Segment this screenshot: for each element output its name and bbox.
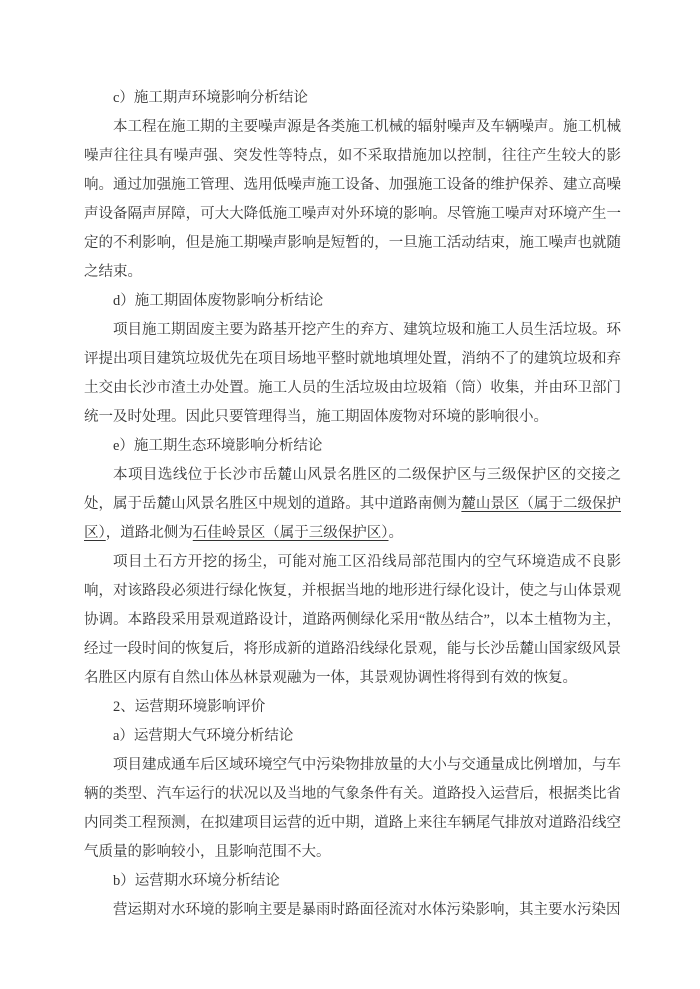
heading-construction-noise: c）施工期声环境影响分析结论 [84,84,621,113]
ecology-text-2: ，道路北侧为 [106,525,193,541]
paragraph-dust-landscape: 项目土石方开挖的扬尘，可能对施工区沿线局部范围内的空气环境造成不良影响，对该路段… [84,548,621,693]
paragraph-construction-noise: 本工程在施工期的主要噪声源是各类施工机械的辐射噪声及车辆噪声。施工机械噪声往往具… [84,113,621,287]
paragraph-ecology-location: 本项目选线位于长沙市岳麓山风景名胜区的二级保护区与三级保护区的交接之处，属于岳麓… [84,461,621,548]
paragraph-operation-air: 项目建成通车后区域环境空气中污染物排放量的大小与交通量成比例增加，与车辆的类型、… [84,751,621,867]
heading-operation-air: a）运营期大气环境分析结论 [84,722,621,751]
ecology-text-3: 。 [389,525,404,541]
paragraph-operation-water: 营运期对水环境的影响主要是暴雨时路面径流对水体污染影响，其主要水污染因 [84,896,621,925]
heading-ecology: e）施工期生态环境影响分析结论 [84,432,621,461]
heading-operation-period: 2、运营期环境影响评价 [84,693,621,722]
document-page: c）施工期声环境影响分析结论 本工程在施工期的主要噪声源是各类施工机械的辐射噪声… [0,0,700,989]
paragraph-solid-waste: 项目施工期固废主要为路基开挖产生的弃方、建筑垃圾和施工人员生活垃圾。环评提出项目… [84,316,621,432]
ecology-underline-shijialing-scenic-zone: 石佳岭景区（属于三级保护区） [193,525,389,541]
heading-solid-waste: d）施工期固体废物影响分析结论 [84,287,621,316]
document-content: c）施工期声环境影响分析结论 本工程在施工期的主要噪声源是各类施工机械的辐射噪声… [84,84,621,925]
heading-operation-water: b）运营期水环境分析结论 [84,867,621,896]
